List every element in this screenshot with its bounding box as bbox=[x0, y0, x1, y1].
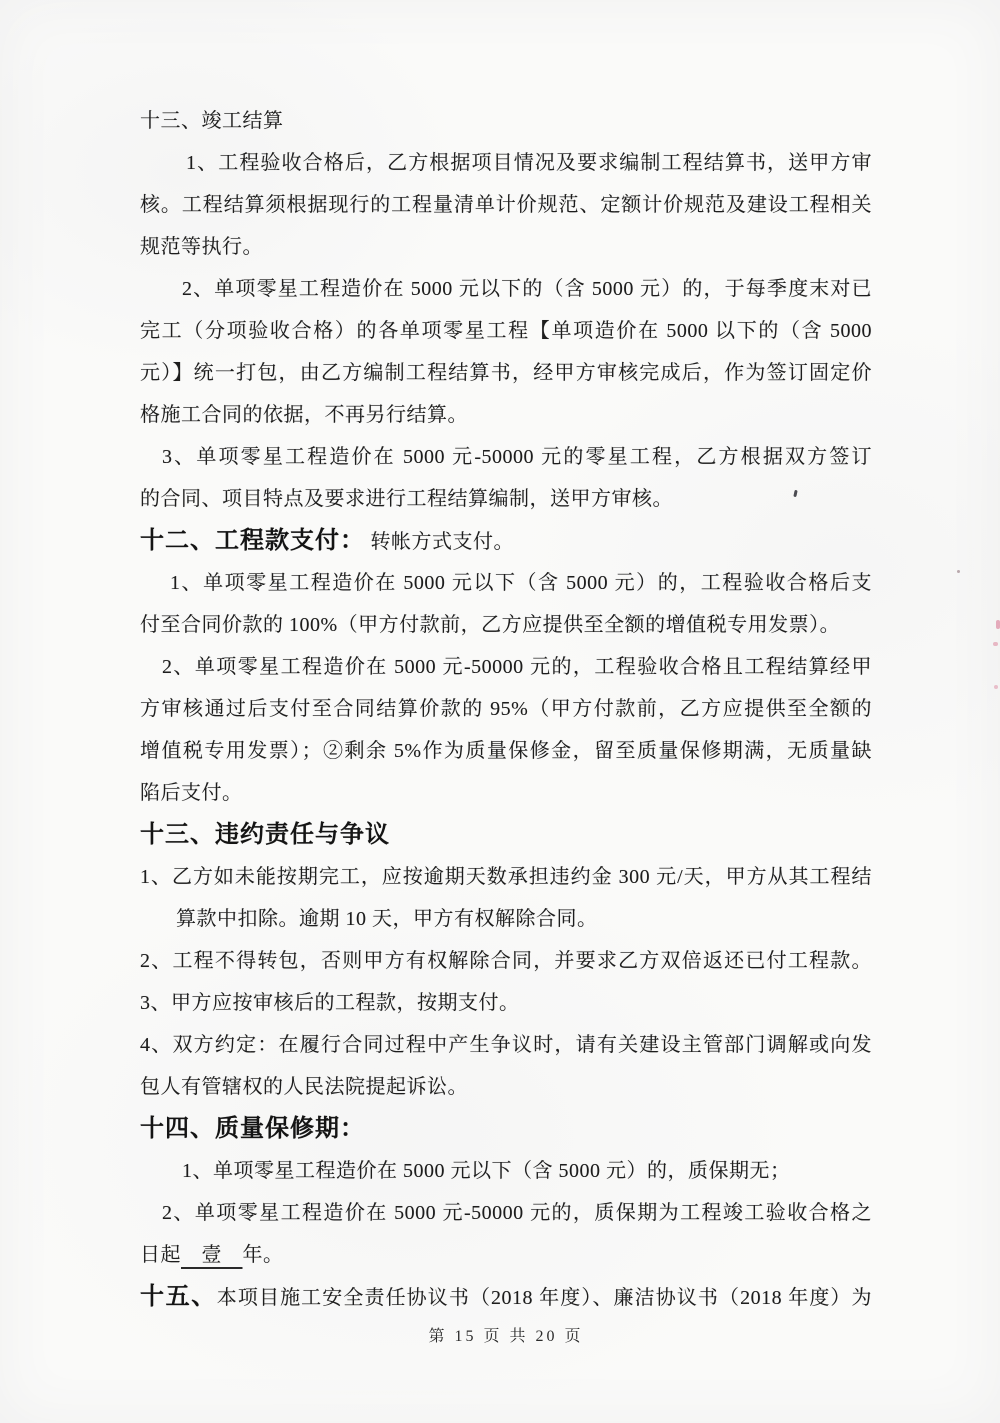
body-text: 3、甲方应按审核后的工程款，按期支付。 bbox=[140, 992, 520, 1014]
text-line: 1、单项零星工程造价在 5000 元以下（含 5000 元）的，质保期无； bbox=[140, 1150, 872, 1192]
text-line: 4、双方约定：在履行合同过程中产生争议时，请有关建设主管部门调解或向发 bbox=[140, 1024, 872, 1066]
body-text: 核。工程结算须根据现行的工程量清单计价规范、定额计价规范及建设工程相关 bbox=[140, 194, 872, 216]
body-text: 增值税专用发票）；②剩余 5%作为质量保修金，留至质量保修期满，无质量缺 bbox=[140, 740, 872, 762]
body-text: 3、单项零星工程造价在 5000 元-50000 元的零星工程，乙方根据双方签订 bbox=[162, 446, 872, 468]
text-line: 2、单项零星工程造价在 5000 元-50000 元的，质保期为工程竣工验收合格… bbox=[140, 1192, 872, 1234]
body-text: 1、乙方如未能按期完工，应按逾期天数承担违约金 300 元/天，甲方从其工程结 bbox=[140, 866, 872, 888]
body-text: 包人有管辖权的人民法院提起诉讼。 bbox=[140, 1076, 468, 1098]
body-text: 日起 bbox=[140, 1244, 181, 1266]
body-text: 元）】统一打包，由乙方编制工程结算书，经甲方审核完成后，作为签订固定价 bbox=[140, 362, 872, 384]
text-line: 十三、竣工结算 bbox=[140, 100, 872, 142]
text-line: 十三、违约责任与争议 bbox=[140, 814, 872, 856]
body-text: 转帐方式支付。 bbox=[365, 531, 514, 553]
body-text: 付至合同价款的 100%（甲方付款前，乙方应提供至全额的增值税专用发票）。 bbox=[140, 614, 840, 636]
underlined-text: 壹 bbox=[181, 1244, 243, 1266]
text-line: 的合同、项目特点及要求进行工程结算编制，送甲方审核。 bbox=[140, 478, 872, 520]
body-text: 4、双方约定：在履行合同过程中产生争议时，请有关建设主管部门调解或向发 bbox=[140, 1034, 872, 1056]
text-line: 2、单项零星工程造价在 5000 元以下的（含 5000 元）的，于每季度末对已 bbox=[140, 268, 872, 310]
text-line: 完工（分项验收合格）的各单项零星工程【单项造价在 5000 以下的（含 5000 bbox=[140, 310, 872, 352]
text-line: 2、单项零星工程造价在 5000 元-50000 元的，工程验收合格且工程结算经… bbox=[140, 646, 872, 688]
body-text: 1、工程验收合格后，乙方根据项目情况及要求编制工程结算书，送甲方审 bbox=[186, 152, 872, 174]
text-line: 元）】统一打包，由乙方编制工程结算书，经甲方审核完成后，作为签订固定价 bbox=[140, 352, 872, 394]
body-text: 方审核通过后支付至合同结算价款的 95%（甲方付款前，乙方应提供至全额的 bbox=[140, 698, 872, 720]
body-text: 2、单项零星工程造价在 5000 元-50000 元的，工程验收合格且工程结算经… bbox=[162, 656, 872, 678]
text-line: 3、单项零星工程造价在 5000 元-50000 元的零星工程，乙方根据双方签订 bbox=[140, 436, 872, 478]
body-text: 陷后支付。 bbox=[140, 782, 243, 804]
text-line: 1、工程验收合格后，乙方根据项目情况及要求编制工程结算书，送甲方审 bbox=[140, 142, 872, 184]
text-line: 核。工程结算须根据现行的工程量清单计价规范、定额计价规范及建设工程相关 bbox=[140, 184, 872, 226]
text-line: 格施工合同的依据，不再另行结算。 bbox=[140, 394, 872, 436]
body-text: 格施工合同的依据，不再另行结算。 bbox=[140, 404, 468, 426]
body-text: 完工（分项验收合格）的各单项零星工程【单项造价在 5000 以下的（含 5000 bbox=[140, 320, 872, 342]
heading-text: 十四、质量保修期： bbox=[140, 1115, 365, 1142]
text-line: 2、工程不得转包，否则甲方有权解除合同，并要求乙方双倍返还已付工程款。 bbox=[140, 940, 872, 982]
body-text: 的合同、项目特点及要求进行工程结算编制，送甲方审核。 bbox=[140, 488, 673, 510]
body-text: 本项目施工安全责任协议书（2018 年度）、廉洁协议书（2018 年度）为 bbox=[217, 1287, 872, 1309]
body-text: 年。 bbox=[243, 1244, 284, 1266]
heading-text: 十二、工程款支付： bbox=[140, 527, 365, 554]
body-text: 1、单项零星工程造价在 5000 元以下（含 5000 元）的，工程验收合格后支 bbox=[170, 572, 872, 594]
text-line: 十五、本项目施工安全责任协议书（2018 年度）、廉洁协议书（2018 年度）为 bbox=[140, 1276, 872, 1318]
body-text: 2、单项零星工程造价在 5000 元以下的（含 5000 元）的，于每季度末对已 bbox=[182, 278, 872, 300]
text-line: 算款中扣除。逾期 10 天，甲方有权解除合同。 bbox=[140, 898, 872, 940]
text-line: 3、甲方应按审核后的工程款，按期支付。 bbox=[140, 982, 872, 1024]
document-body: 十三、竣工结算1、工程验收合格后，乙方根据项目情况及要求编制工程结算书，送甲方审… bbox=[0, 0, 1000, 1352]
text-line: 包人有管辖权的人民法院提起诉讼。 bbox=[140, 1066, 872, 1108]
body-text: 规范等执行。 bbox=[140, 236, 263, 258]
text-line: 方审核通过后支付至合同结算价款的 95%（甲方付款前，乙方应提供至全额的 bbox=[140, 688, 872, 730]
heading-text: 十五、 bbox=[140, 1283, 217, 1310]
text-line: 付至合同价款的 100%（甲方付款前，乙方应提供至全额的增值税专用发票）。 bbox=[140, 604, 872, 646]
text-line: 十四、质量保修期： bbox=[140, 1108, 872, 1150]
body-text: 2、工程不得转包，否则甲方有权解除合同，并要求乙方双倍返还已付工程款。 bbox=[140, 950, 872, 972]
text-line: 日起 壹 年。 bbox=[140, 1234, 872, 1276]
heading-text: 十三、违约责任与争议 bbox=[140, 821, 390, 848]
body-text: 十三、竣工结算 bbox=[140, 110, 284, 132]
body-text: 算款中扣除。逾期 10 天，甲方有权解除合同。 bbox=[176, 908, 598, 930]
text-line: 规范等执行。 bbox=[140, 226, 872, 268]
text-line: 陷后支付。 bbox=[140, 772, 872, 814]
body-text: 1、单项零星工程造价在 5000 元以下（含 5000 元）的，质保期无； bbox=[182, 1160, 791, 1182]
text-line: 十二、工程款支付： 转帐方式支付。 bbox=[140, 520, 872, 562]
page-number: 第 15 页 共 20 页 bbox=[140, 1322, 872, 1352]
text-line: 增值税专用发票）；②剩余 5%作为质量保修金，留至质量保修期满，无质量缺 bbox=[140, 730, 872, 772]
body-text: 2、单项零星工程造价在 5000 元-50000 元的，质保期为工程竣工验收合格… bbox=[162, 1202, 872, 1224]
text-line: 1、单项零星工程造价在 5000 元以下（含 5000 元）的，工程验收合格后支 bbox=[140, 562, 872, 604]
scanned-contract-page: { "page": { "footer": "第 15 页 共 20 页" },… bbox=[0, 0, 1000, 1423]
text-line: 1、乙方如未能按期完工，应按逾期天数承担违约金 300 元/天，甲方从其工程结 bbox=[140, 856, 872, 898]
lines: 十三、竣工结算1、工程验收合格后，乙方根据项目情况及要求编制工程结算书，送甲方审… bbox=[140, 100, 872, 1318]
